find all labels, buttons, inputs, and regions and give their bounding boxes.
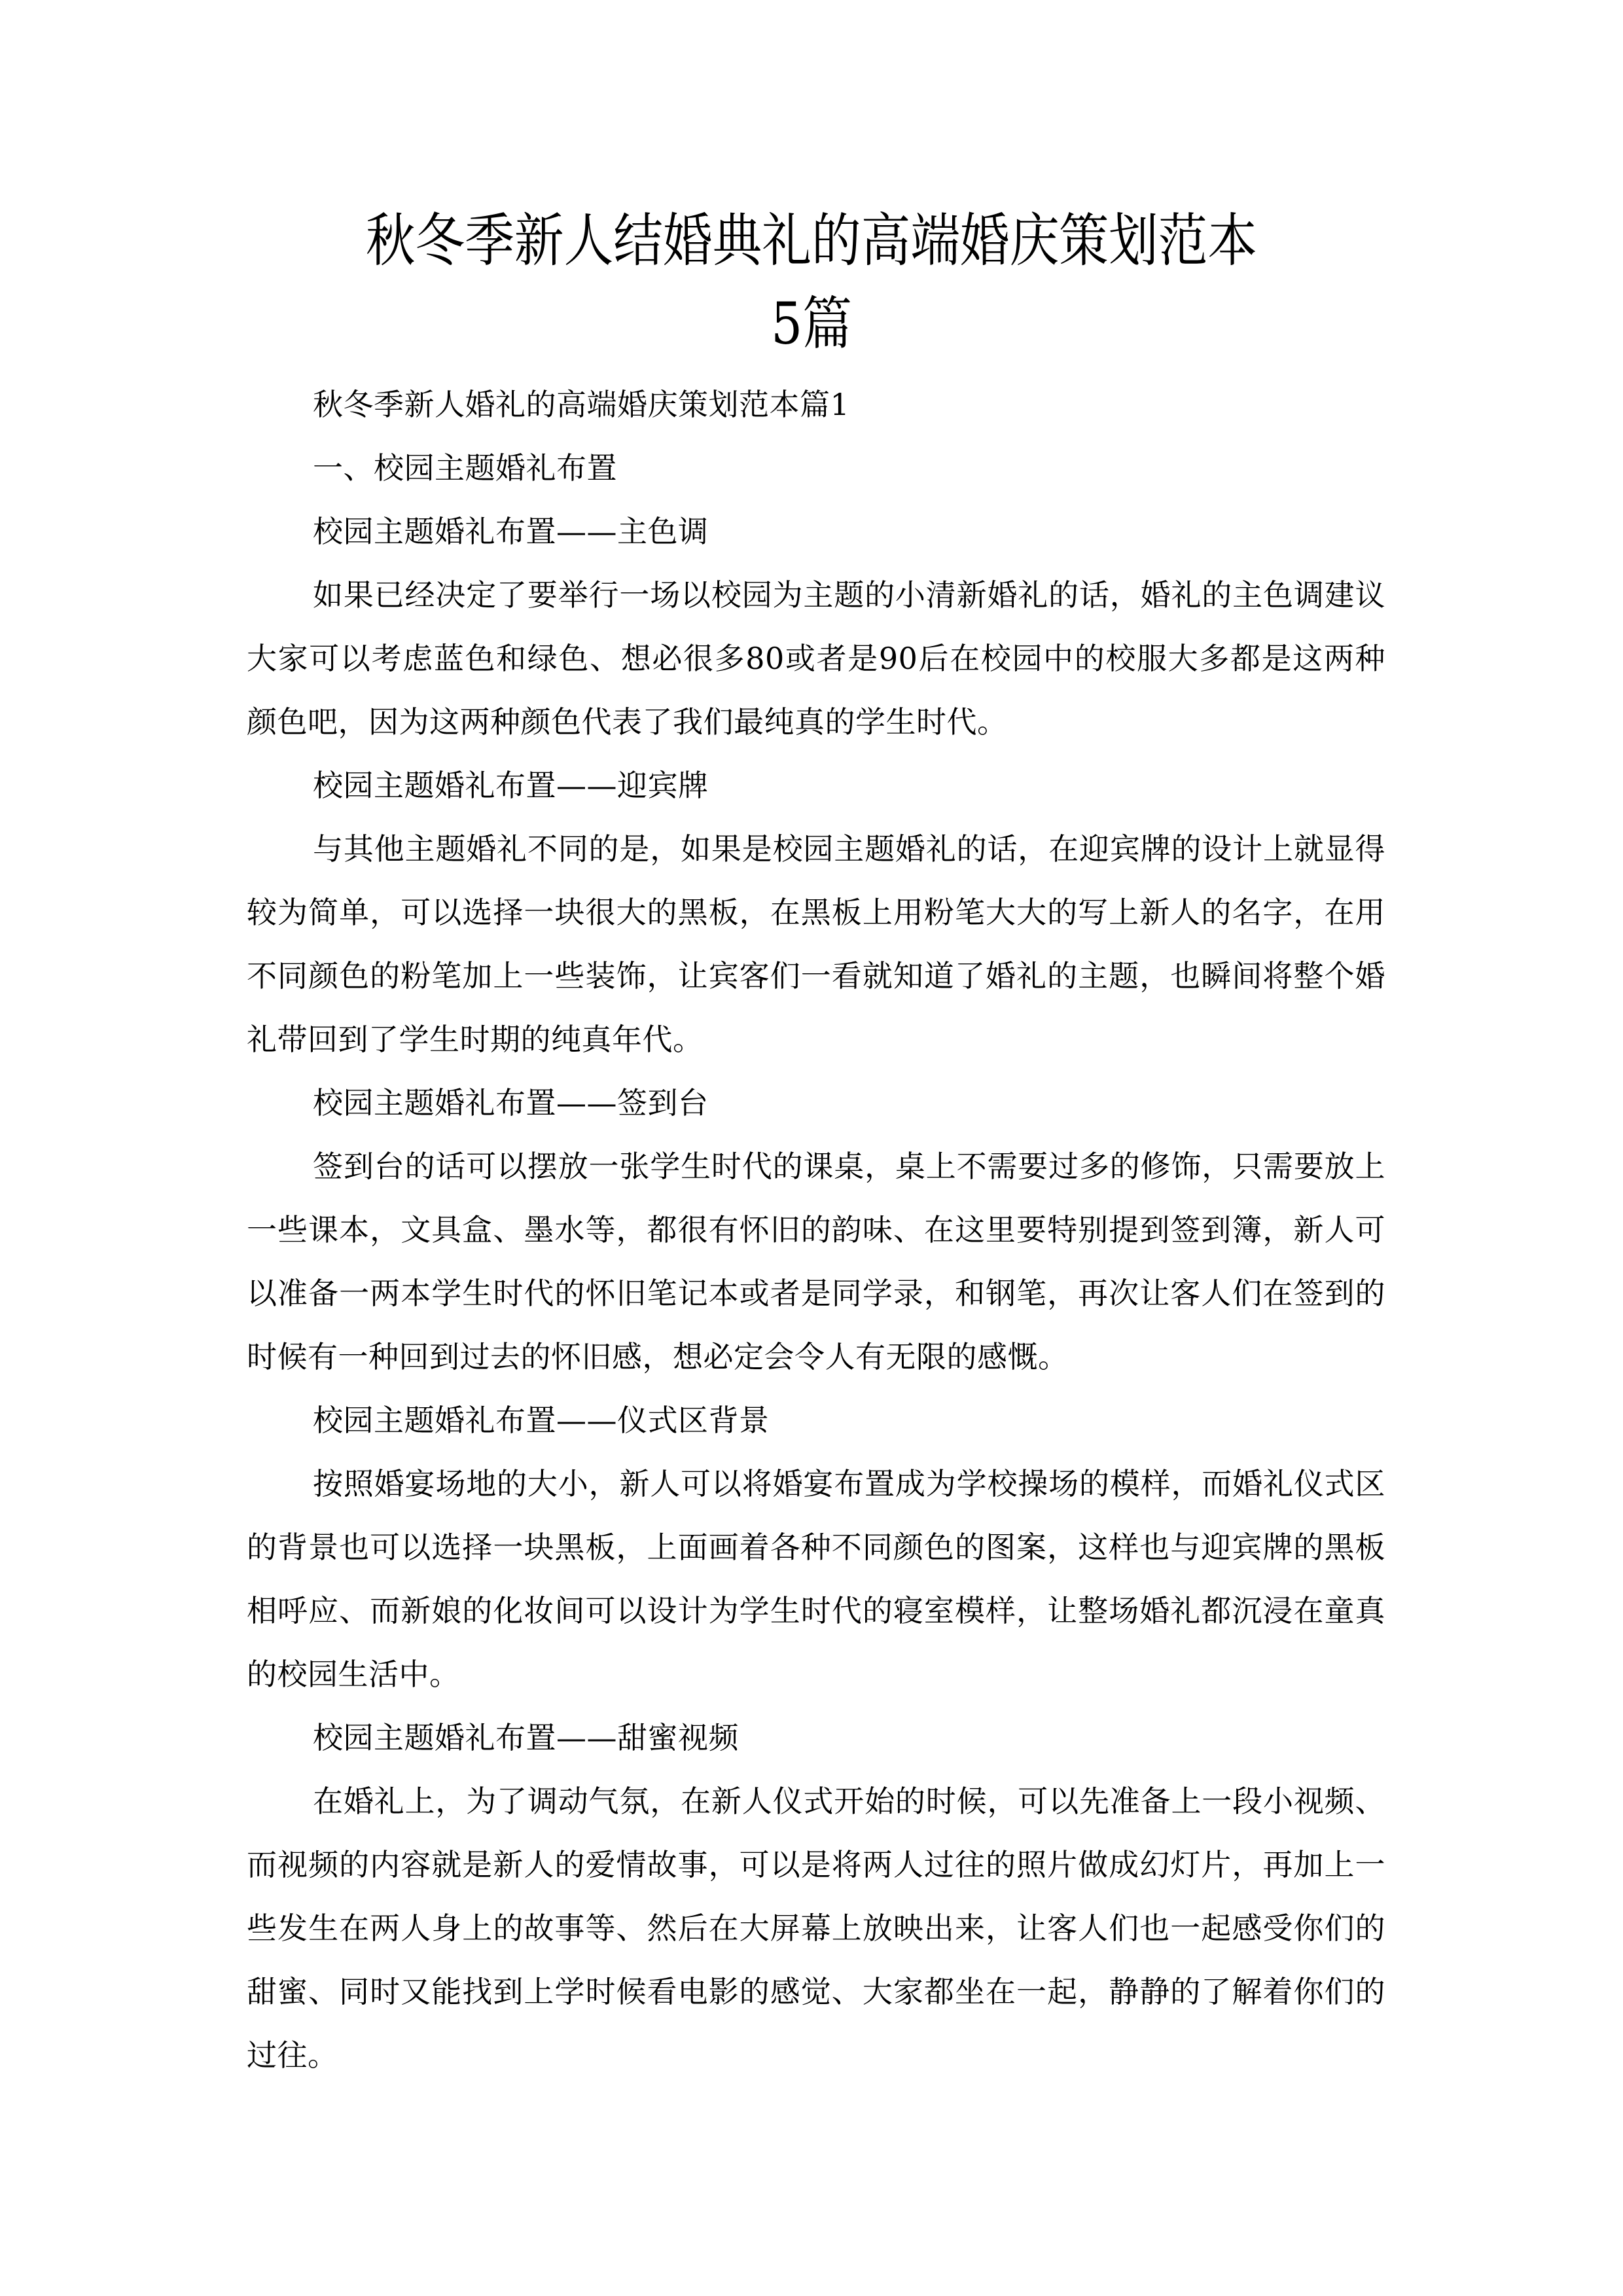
paragraph-sign-in-desk: 签到台的话可以摆放一张学生时代的课桌，桌上不需要过多的修饰，只需要放上一些课本，… — [247, 1135, 1385, 1389]
section-heading-campus-theme: 一、校园主题婚礼布置 — [247, 437, 1385, 500]
document-title-line-1: 秋冬季新人结婚典礼的高端婚庆策划范本 — [283, 208, 1341, 274]
subheading-ceremony-backdrop: 校园主题婚礼布置——仪式区背景 — [247, 1389, 1385, 1452]
subheading-sign-in-desk: 校园主题婚礼布置——签到台 — [247, 1071, 1385, 1135]
subheading-sweet-video: 校园主题婚礼布置——甜蜜视频 — [247, 1706, 1385, 1770]
subheading-main-color: 校园主题婚礼布置——主色调 — [247, 500, 1385, 564]
section-heading-template-1: 秋冬季新人婚礼的高端婚庆策划范本篇1 — [247, 373, 1385, 437]
subheading-welcome-sign: 校园主题婚礼布置——迎宾牌 — [247, 754, 1385, 817]
paragraph-ceremony-backdrop: 按照婚宴场地的大小，新人可以将婚宴布置成为学校操场的模样，而婚礼仪式区的背景也可… — [247, 1452, 1385, 1706]
document-title-line-2: 5篇 — [283, 291, 1341, 357]
document-page: 秋冬季新人结婚典礼的高端婚庆策划范本 5篇 秋冬季新人婚礼的高端婚庆策划范本篇1… — [0, 0, 1623, 2296]
paragraph-sweet-video: 在婚礼上，为了调动气氛，在新人仪式开始的时候，可以先准备上一段小视频、而视频的内… — [247, 1770, 1385, 2087]
paragraph-welcome-sign: 与其他主题婚礼不同的是，如果是校园主题婚礼的话，在迎宾牌的设计上就显得较为简单，… — [247, 817, 1385, 1071]
document-body: 秋冬季新人婚礼的高端婚庆策划范本篇1 一、校园主题婚礼布置 校园主题婚礼布置——… — [247, 373, 1385, 2087]
paragraph-main-color: 如果已经决定了要举行一场以校园为主题的小清新婚礼的话，婚礼的主色调建议大家可以考… — [247, 564, 1385, 754]
